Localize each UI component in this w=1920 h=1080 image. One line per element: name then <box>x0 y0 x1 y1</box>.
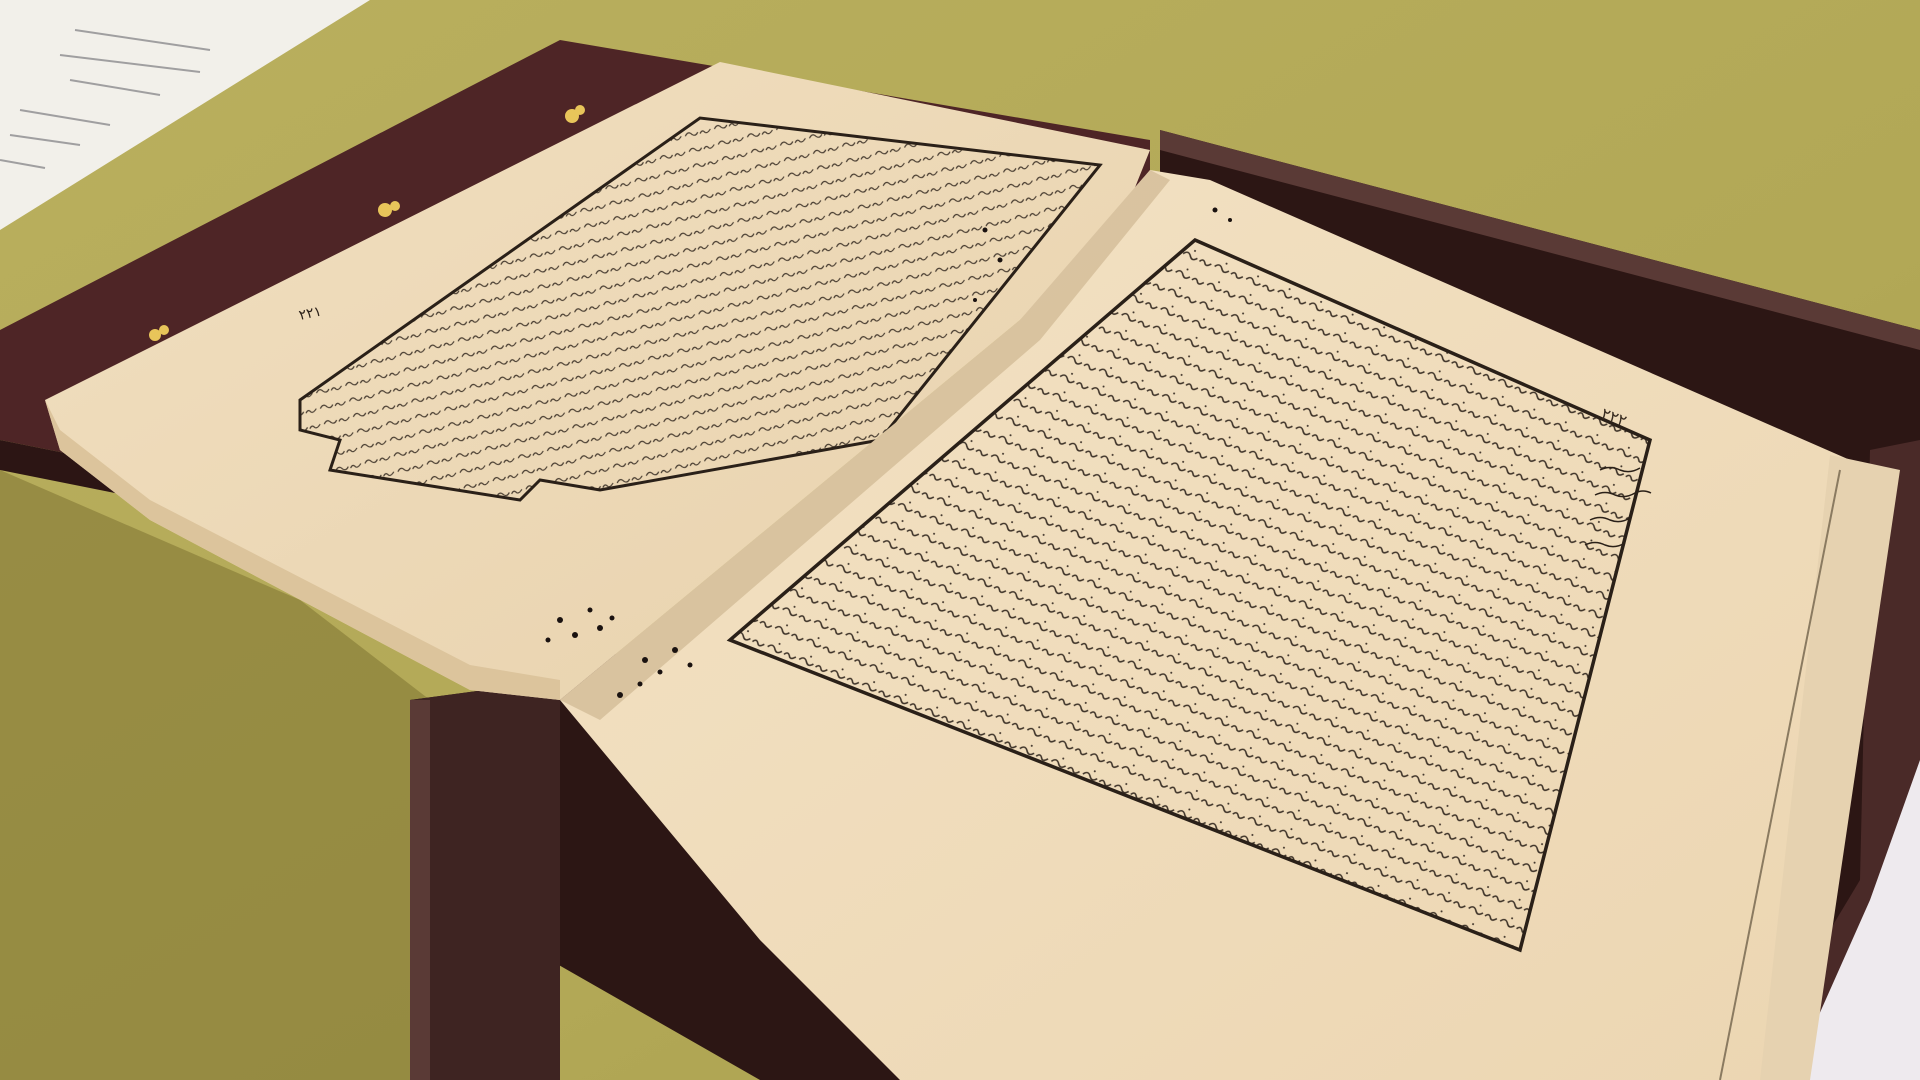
manuscript-photo: ٢٢١ ٢٢٢ <box>0 0 1920 1080</box>
photo-scene: Antique Arabic manuscript open in a dark… <box>0 0 1920 1080</box>
